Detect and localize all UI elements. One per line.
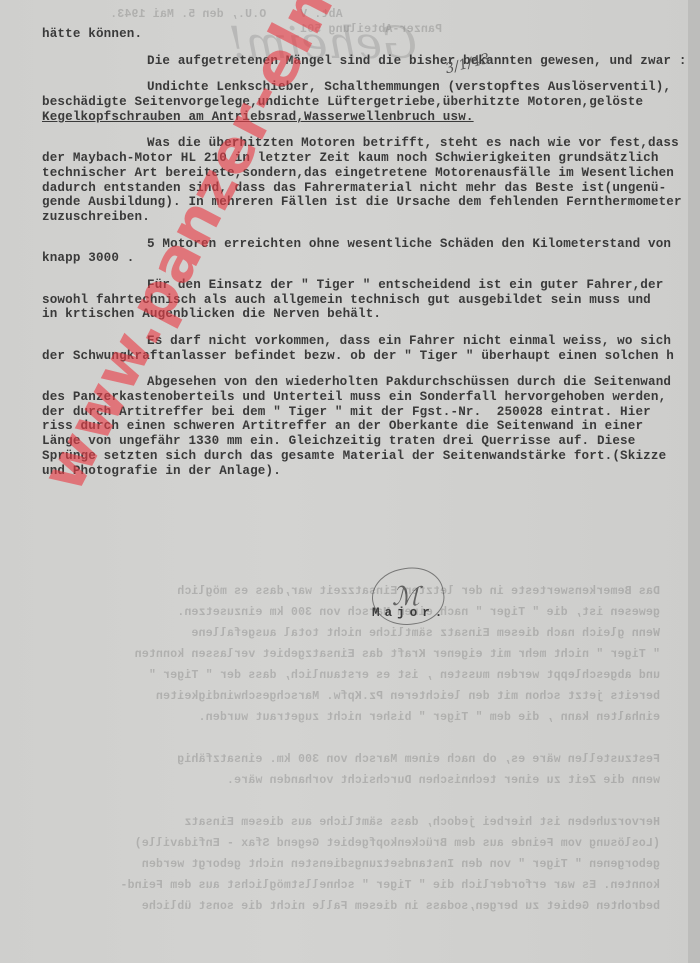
watermark-layer: www.panzer-elmito.org	[0, 0, 700, 963]
watermark: www.panzer-elmito.org	[28, 0, 552, 502]
document-page: Abt. V Panzer-Abteilung 501 O.U., den 5.…	[0, 0, 700, 963]
